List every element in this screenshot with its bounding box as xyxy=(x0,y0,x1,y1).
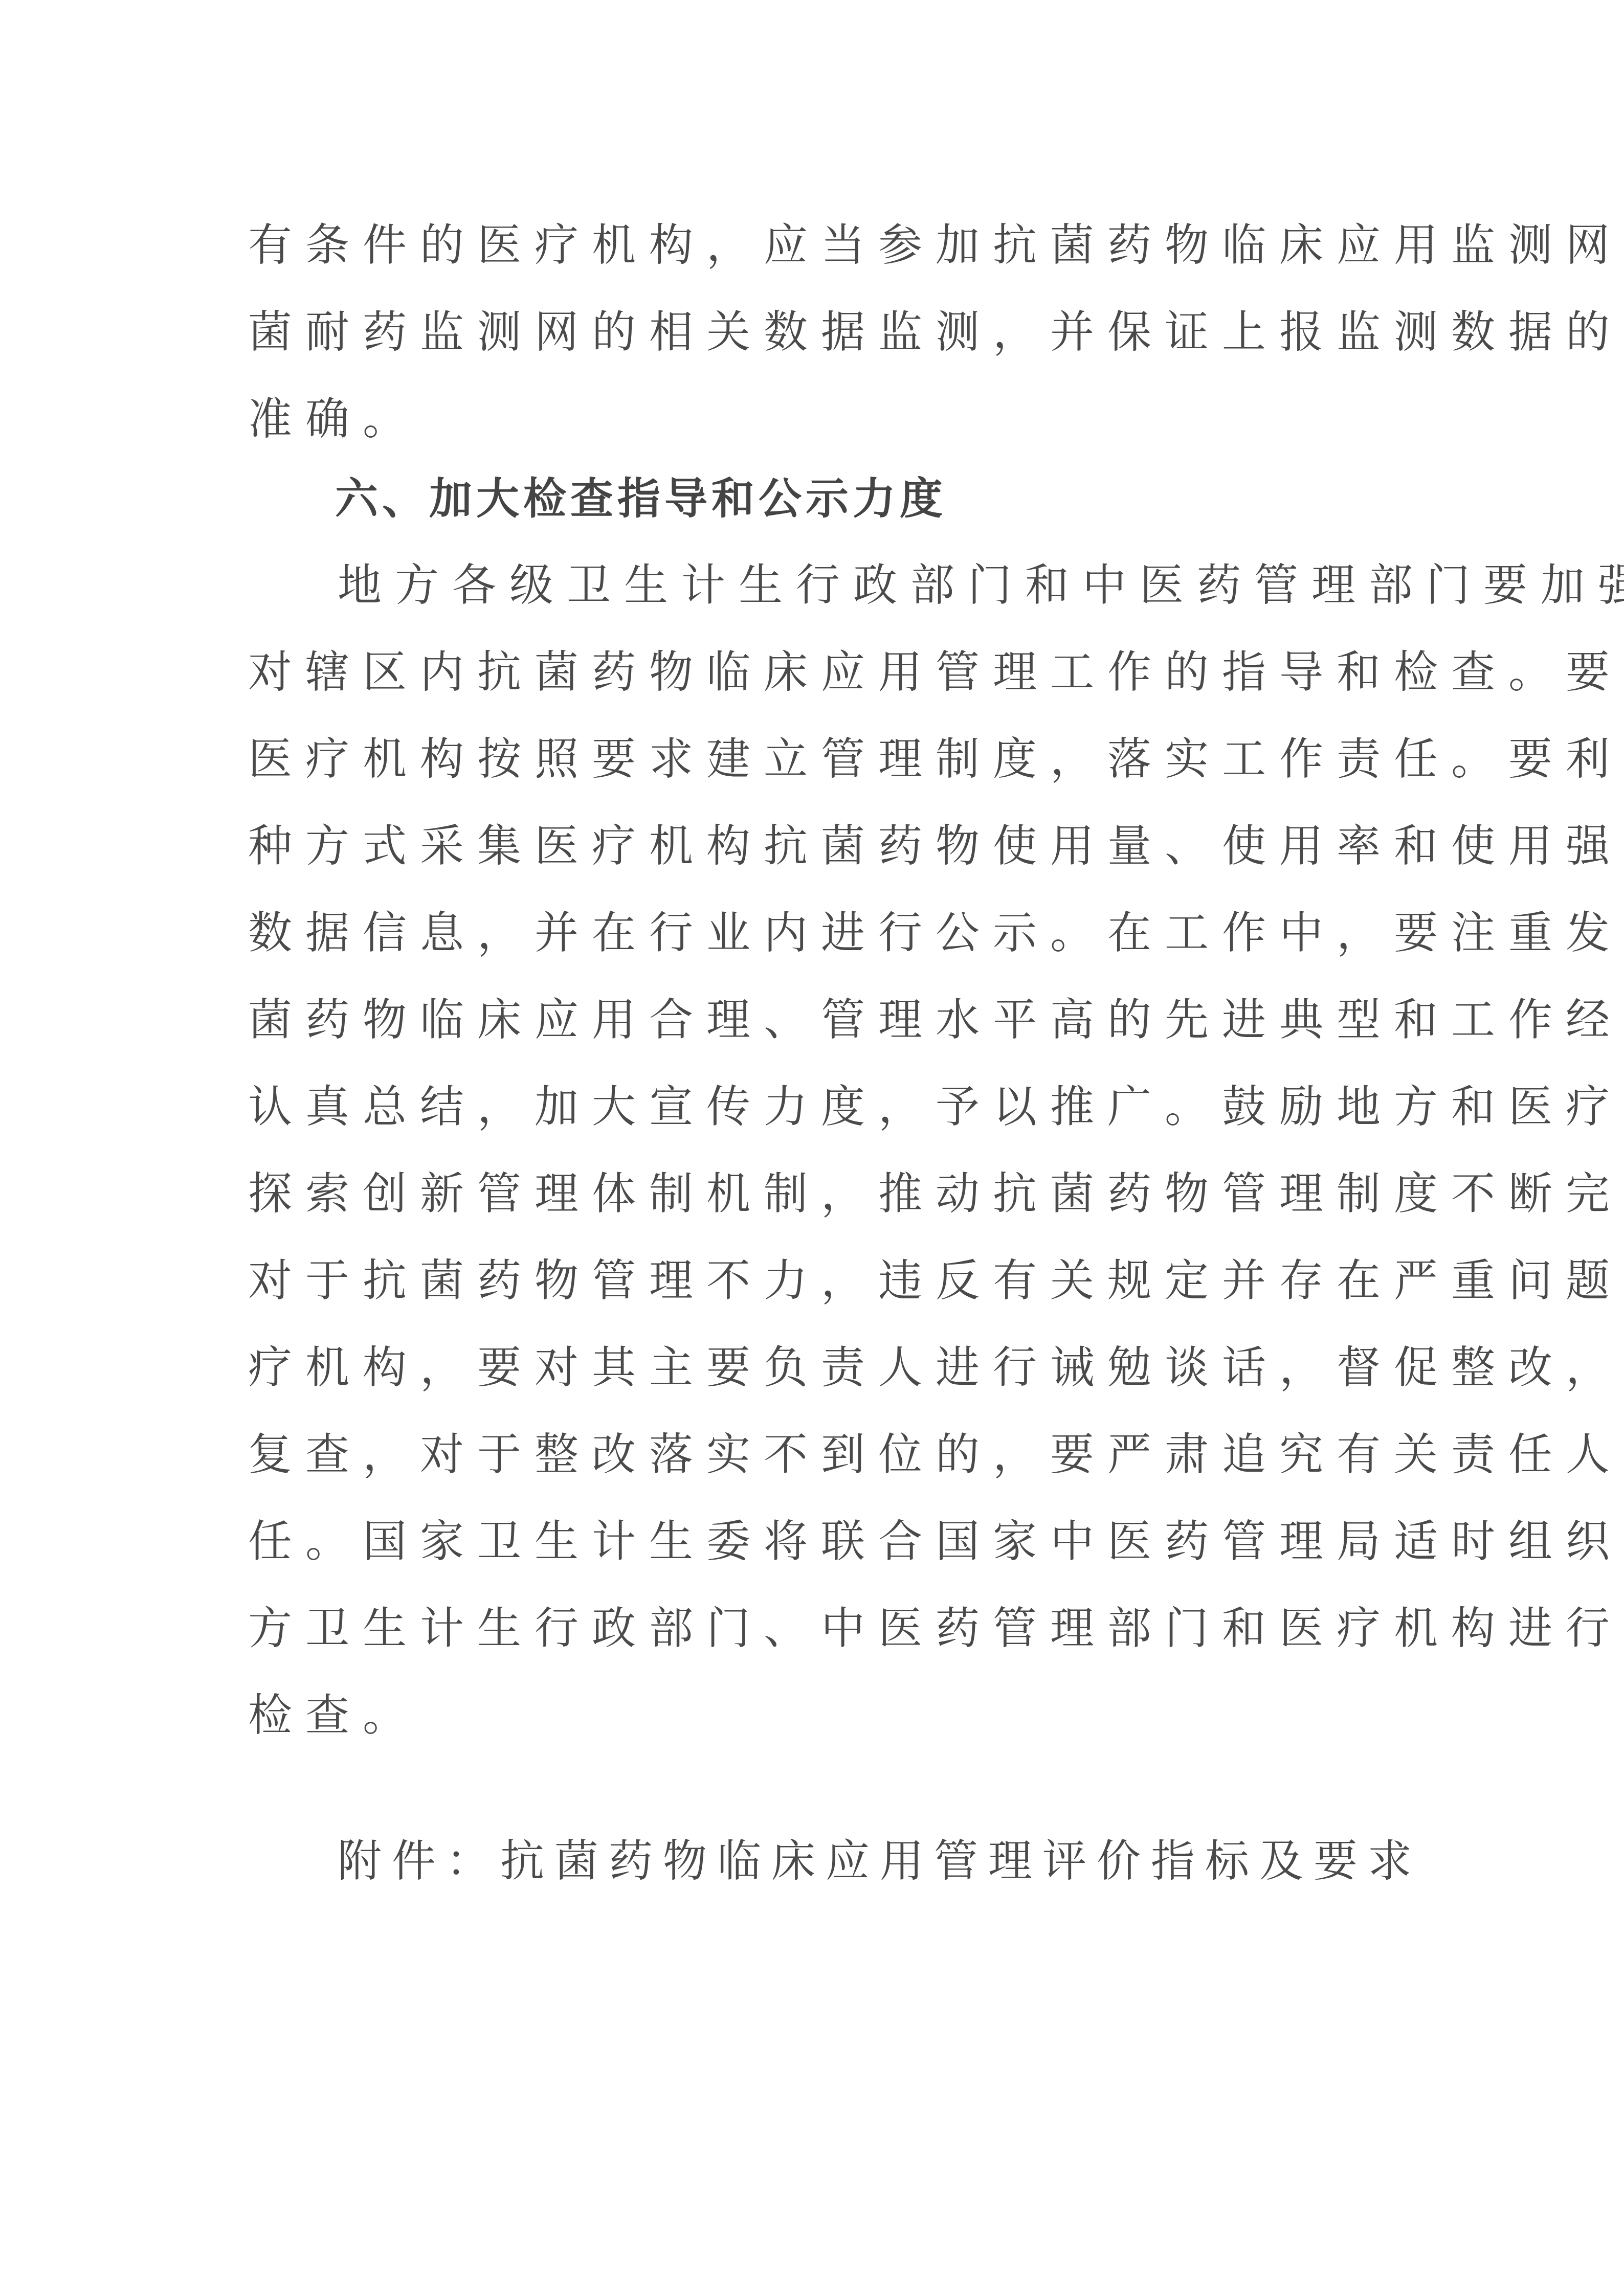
body-text-line: 方卫生计生行政部门、中医药管理部门和医疗机构进行督导 xyxy=(248,1598,1394,1659)
body-text-line: 菌耐药监测网的相关数据监测，并保证上报监测数据的真实 xyxy=(248,302,1394,363)
body-text-line: 认真总结，加大宣传力度，予以推广。鼓励地方和医疗机构 xyxy=(248,1076,1394,1138)
body-text-line: 菌药物临床应用合理、管理水平高的先进典型和工作经验， xyxy=(248,989,1394,1051)
body-text-line: 检查。 xyxy=(248,1685,1394,1746)
body-text-line: 医疗机构按照要求建立管理制度，落实工作责任。要利用各 xyxy=(248,729,1394,790)
body-text-line: 对辖区内抗菌药物临床应用管理工作的指导和检查。要督促 xyxy=(248,642,1394,703)
body-text-line: 对于抗菌药物管理不力，违反有关规定并存在严重问题的医 xyxy=(248,1250,1394,1312)
attachment-label: 附件：抗菌药物临床应用管理评价指标及要求 xyxy=(338,1831,1422,1892)
body-text-line: 准确。 xyxy=(248,389,1394,450)
document-page: 有条件的医疗机构，应当参加抗菌药物临床应用监测网和细 菌耐药监测网的相关数据监测… xyxy=(0,0,1624,2296)
body-text-line: 疗机构，要对其主要负责人进行诫勉谈话，督促整改，跟踪 xyxy=(248,1337,1394,1399)
body-text-line: 地方各级卫生计生行政部门和中医药管理部门要加强 xyxy=(338,555,1394,616)
body-text-line: 任。国家卫生计生委将联合国家中医药管理局适时组织对地 xyxy=(248,1511,1394,1572)
section-heading: 六、加大检查指导和公示力度 xyxy=(335,468,947,529)
body-text-line: 复查，对于整改落实不到位的，要严肃追究有关责任人的责 xyxy=(248,1424,1394,1485)
body-text-line: 有条件的医疗机构，应当参加抗菌药物临床应用监测网和细 xyxy=(248,215,1394,276)
body-text-line: 种方式采集医疗机构抗菌药物使用量、使用率和使用强度等 xyxy=(248,816,1394,877)
body-text-line: 探索创新管理体制机制，推动抗菌药物管理制度不断完善。 xyxy=(248,1163,1394,1225)
body-text-line: 数据信息，并在行业内进行公示。在工作中，要注重发掘抗 xyxy=(248,903,1394,964)
